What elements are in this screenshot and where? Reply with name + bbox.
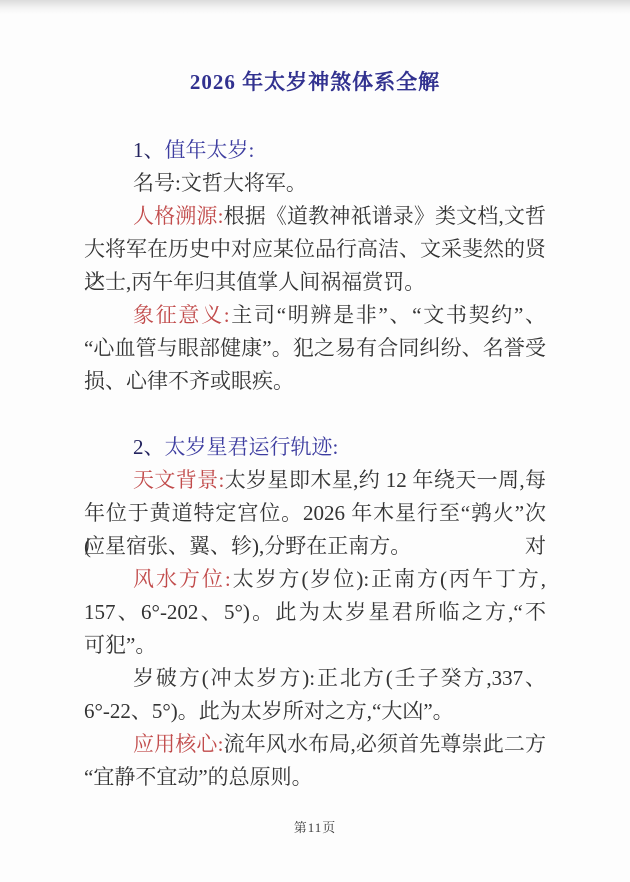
origin-paragraph-line-1: 人格溯源:根据《道教神祇谱录》类文档,文哲 bbox=[84, 200, 546, 233]
page-number: 第11页 bbox=[0, 817, 630, 836]
astro-text-1: 太岁星即木星,约 12 年绕天一周,每 bbox=[224, 468, 546, 492]
fengshui-paragraph-line-3: 可犯”。 bbox=[84, 629, 546, 662]
fengshui-paragraph-line-1: 风水方位:太岁方(岁位):正南方(丙午丁方, bbox=[84, 563, 546, 596]
origin-paragraph-line-3: 之士,丙午年归其值掌人间祸福赏罚。 bbox=[84, 266, 546, 299]
origin-paragraph-line-2: 大将军在历史中对应某位品行高洁、文采斐然的贤达 bbox=[84, 233, 546, 266]
astro-label: 天文背景: bbox=[133, 468, 224, 492]
section2-heading: 太岁星君运行轨迹: bbox=[165, 435, 339, 459]
core-label: 应用核心: bbox=[133, 732, 223, 756]
symbol-paragraph-line-2: “心血管与眼部健康”。犯之易有合同纠纷、名誉受 bbox=[84, 332, 546, 365]
suipo-paragraph-line-1: 岁破方(冲太岁方):正北方(壬子癸方,337、 bbox=[84, 662, 546, 695]
symbol-paragraph-line-3: 损、心律不齐或眼疾。 bbox=[84, 365, 546, 398]
symbol-label: 象征意义: bbox=[133, 303, 230, 327]
fengshui-text-1: 太岁方(岁位):正南方(丙午丁方, bbox=[231, 567, 546, 591]
core-text-1: 流年风水布局,必须首先尊崇此二方 bbox=[223, 732, 546, 756]
document-page: 2026 年太岁神煞体系全解 1、值年太岁: 名号:文哲大将军。 人格溯源:根据… bbox=[0, 0, 630, 882]
origin-label: 人格溯源: bbox=[133, 204, 223, 228]
symbol-paragraph-line-1: 象征意义:主司“明辨是非”、“文书契约”、 bbox=[84, 299, 546, 332]
astro-paragraph-line-1: 天文背景:太岁星即木星,约 12 年绕天一周,每 bbox=[84, 464, 546, 497]
top-shadow-band bbox=[0, 0, 630, 14]
section1-number: 1、 bbox=[133, 138, 165, 162]
astro-paragraph-line-2: 年位于黄道特定宫位。2026 年木星行至“鹑火”次(对 bbox=[84, 497, 546, 530]
page-title: 2026 年太岁神煞体系全解 bbox=[0, 66, 630, 96]
deity-name-line: 名号:文哲大将军。 bbox=[84, 167, 546, 200]
section1-heading-line: 1、值年太岁: bbox=[84, 134, 546, 167]
document-body: 1、值年太岁: 名号:文哲大将军。 人格溯源:根据《道教神祇谱录》类文档,文哲 … bbox=[84, 134, 546, 794]
section2-heading-line: 2、太岁星君运行轨迹: bbox=[84, 431, 546, 464]
section-gap bbox=[84, 398, 546, 431]
section2-number: 2、 bbox=[133, 435, 165, 459]
section1-heading: 值年太岁: bbox=[165, 138, 255, 162]
fengshui-label: 风水方位: bbox=[133, 567, 231, 591]
core-paragraph-line-2: “宜静不宜动”的总原则。 bbox=[84, 761, 546, 794]
symbol-text-1: 主司“明辨是非”、“文书契约”、 bbox=[230, 303, 546, 327]
suipo-paragraph-line-2: 6°-22、5°)。此为太岁所对之方,“大凶”。 bbox=[84, 695, 546, 728]
origin-text-1: 根据《道教神祇谱录》类文档,文哲 bbox=[223, 204, 546, 228]
core-paragraph-line-1: 应用核心:流年风水布局,必须首先尊崇此二方 bbox=[84, 728, 546, 761]
fengshui-paragraph-line-2: 157、6°-202、5°)。此为太岁星君所临之方,“不 bbox=[84, 596, 546, 629]
